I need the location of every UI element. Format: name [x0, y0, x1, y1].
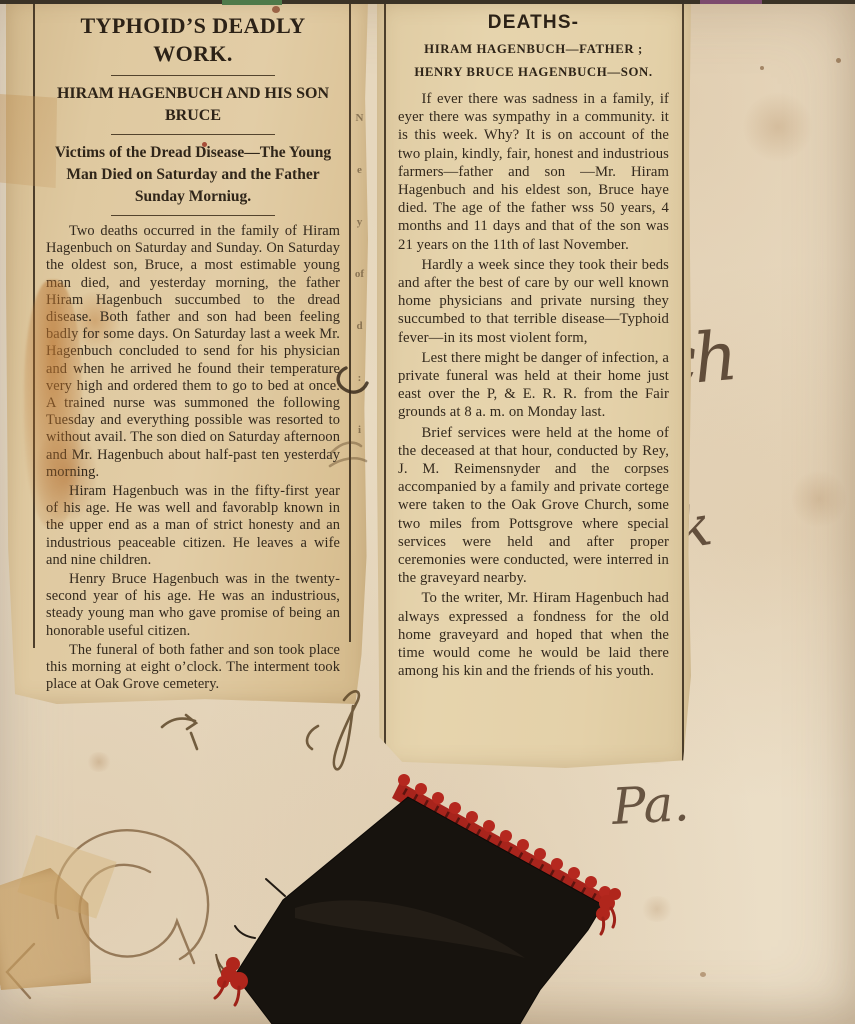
article-paragraph: Hardly a week since they took their beds…: [398, 256, 669, 347]
black-thread: [266, 879, 285, 896]
divider-rule: [111, 75, 276, 76]
black-thread: [235, 926, 255, 938]
scan-edge-artifact: [222, 0, 282, 5]
foxing-stain: [640, 896, 674, 922]
divider-rule: [111, 134, 276, 135]
article-paragraph: If ever there was sadness in a family, i…: [398, 90, 669, 254]
tape-residue: [0, 863, 101, 997]
article-paragraph: Henry Bruce Hagenbuch was in the twenty-…: [46, 571, 340, 640]
clipping-typhoid: N e y of d : i TYPHOID’S DEADLY WORK. HI…: [6, 0, 368, 704]
ink-speck: [836, 58, 841, 63]
tape-residue: [16, 834, 119, 921]
foxing-stain: [742, 92, 814, 162]
scan-edge-top: [0, 0, 855, 4]
right-clipping-subhead: HIRAM HAGENBUCH—FATHER ; HENRY BRUCE HAG…: [398, 38, 669, 84]
fabric-swatch: [195, 768, 640, 1024]
scrapbook-page: uch ok Pa. N e y of d : i TYPHOID’S DEAD…: [0, 0, 855, 1024]
left-clipping-subhead: HIRAM HAGENBUCH AND HIS SON BRUCE: [46, 83, 340, 127]
divider-rule: [111, 215, 276, 216]
scan-edge-artifact: [700, 0, 762, 4]
article-paragraph: Hiram Hagenbuch was in the fifty-first y…: [46, 483, 340, 569]
article-paragraph: Lest there might be danger of infection,…: [398, 349, 669, 422]
pen-tick: [162, 715, 197, 749]
left-clipping-deck: Victims of the Dread Disease—The Young M…: [46, 142, 340, 208]
angle-doodle: [7, 944, 34, 998]
article-paragraph: The funeral of both father and son took …: [46, 642, 340, 694]
ink-speck: [700, 972, 706, 977]
foxing-stain: [86, 752, 112, 772]
article-paragraph: Brief services were held at the home of …: [398, 424, 669, 588]
ink-speck: [760, 66, 764, 70]
article-paragraph: Two deaths occurred in the family of Hir…: [46, 223, 340, 481]
left-clipping-headline: TYPHOID’S DEADLY WORK.: [46, 8, 340, 68]
circle-doodle-outer: [56, 830, 209, 959]
circle-doodle-inner: [80, 865, 194, 963]
article-paragraph: To the writer, Mr. Hiram Hagenbuch had a…: [398, 589, 669, 680]
right-clipping-headline: DEATHS-: [398, 11, 669, 35]
foxing-stain: [792, 468, 846, 530]
clipping-deaths: DEATHS- HIRAM HAGENBUCH—FATHER ; HENRY B…: [377, 0, 691, 768]
